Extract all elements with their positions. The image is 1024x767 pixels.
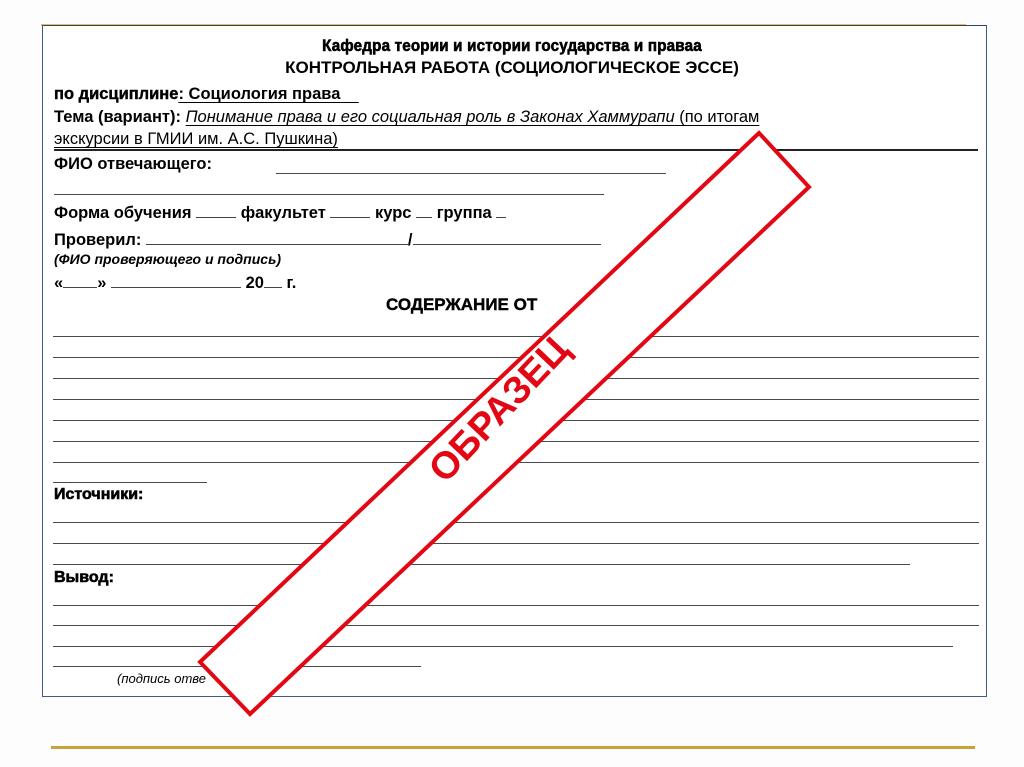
course-field[interactable]: [416, 203, 432, 218]
writing-line[interactable]: [53, 543, 979, 544]
signature-hint: (подпись отве: [117, 672, 206, 685]
topic-row: Тема (вариант): Понимание права и его со…: [54, 109, 759, 126]
study-form-label: Форма обучения: [54, 204, 192, 222]
writing-line[interactable]: [53, 399, 979, 400]
writing-line[interactable]: [53, 522, 979, 523]
checker-name-field[interactable]: [146, 230, 408, 245]
checker-signature-field[interactable]: [413, 230, 601, 245]
writing-line[interactable]: [53, 336, 979, 337]
writing-line[interactable]: [53, 646, 953, 647]
course-label: курс: [375, 204, 411, 222]
date-open-quote: «: [54, 274, 63, 292]
date-close-quote: »: [97, 274, 106, 292]
date-year-field[interactable]: [264, 273, 282, 288]
bottom-accent-rule: [51, 746, 975, 749]
topic-rule: [54, 149, 978, 151]
group-label: группа: [437, 204, 492, 222]
topic-label: Тема (вариант):: [54, 108, 181, 126]
conclusion-heading: Вывод:: [54, 570, 114, 586]
topic-value[interactable]: Понимание права и его социальная роль в …: [186, 108, 675, 126]
topic-note-2: экскурсии в ГМИИ им. А.С. Пушкина): [54, 131, 338, 148]
respondent-name-field[interactable]: [276, 173, 666, 174]
writing-line[interactable]: [53, 420, 979, 421]
discipline-underline-tail: [340, 85, 358, 103]
form-title: КОНТРОЛЬНАЯ РАБОТА (СОЦИОЛОГИЧЕСКОЕ ЭССЕ…: [0, 59, 1024, 76]
checked-row: Проверил: /: [54, 230, 601, 249]
date-year-prefix: 20: [246, 274, 264, 292]
writing-line[interactable]: [53, 378, 979, 379]
checked-label: Проверил:: [54, 231, 141, 249]
date-month-field[interactable]: [111, 273, 241, 288]
date-row: «» 20 г.: [54, 273, 296, 292]
writing-line[interactable]: [53, 564, 910, 565]
topic-note-1: (по итогам: [675, 108, 760, 126]
study-row: Форма обучения факультет курс группа: [54, 203, 506, 222]
writing-line[interactable]: [53, 357, 979, 358]
discipline-row: по дисциплине: Социология права: [54, 86, 359, 103]
respondent-label: ФИО отвечающего:: [54, 156, 212, 173]
checked-hint: (ФИО проверяющего и подпись): [54, 252, 281, 266]
writing-line[interactable]: [53, 441, 979, 442]
sources-heading: Источники:: [54, 487, 143, 503]
faculty-label: факультет: [241, 204, 326, 222]
faculty-field[interactable]: [330, 203, 370, 218]
writing-line[interactable]: [53, 605, 979, 606]
writing-line[interactable]: [53, 462, 979, 463]
discipline-value[interactable]: : Социология права: [178, 85, 340, 103]
respondent-name-field-2[interactable]: [54, 194, 604, 195]
writing-line[interactable]: [53, 666, 421, 667]
group-field[interactable]: [496, 203, 506, 218]
date-suffix: г.: [287, 274, 297, 292]
department-title: Кафедра теории и истории государства и п…: [41, 38, 983, 55]
writing-line[interactable]: [53, 625, 979, 626]
writing-line[interactable]: [53, 482, 207, 483]
date-day-field[interactable]: [63, 273, 97, 288]
content-heading: СОДЕРЖАНИЕ ОТ: [386, 296, 537, 313]
study-form-field[interactable]: [196, 203, 236, 218]
discipline-label: по дисциплине: [54, 85, 178, 103]
